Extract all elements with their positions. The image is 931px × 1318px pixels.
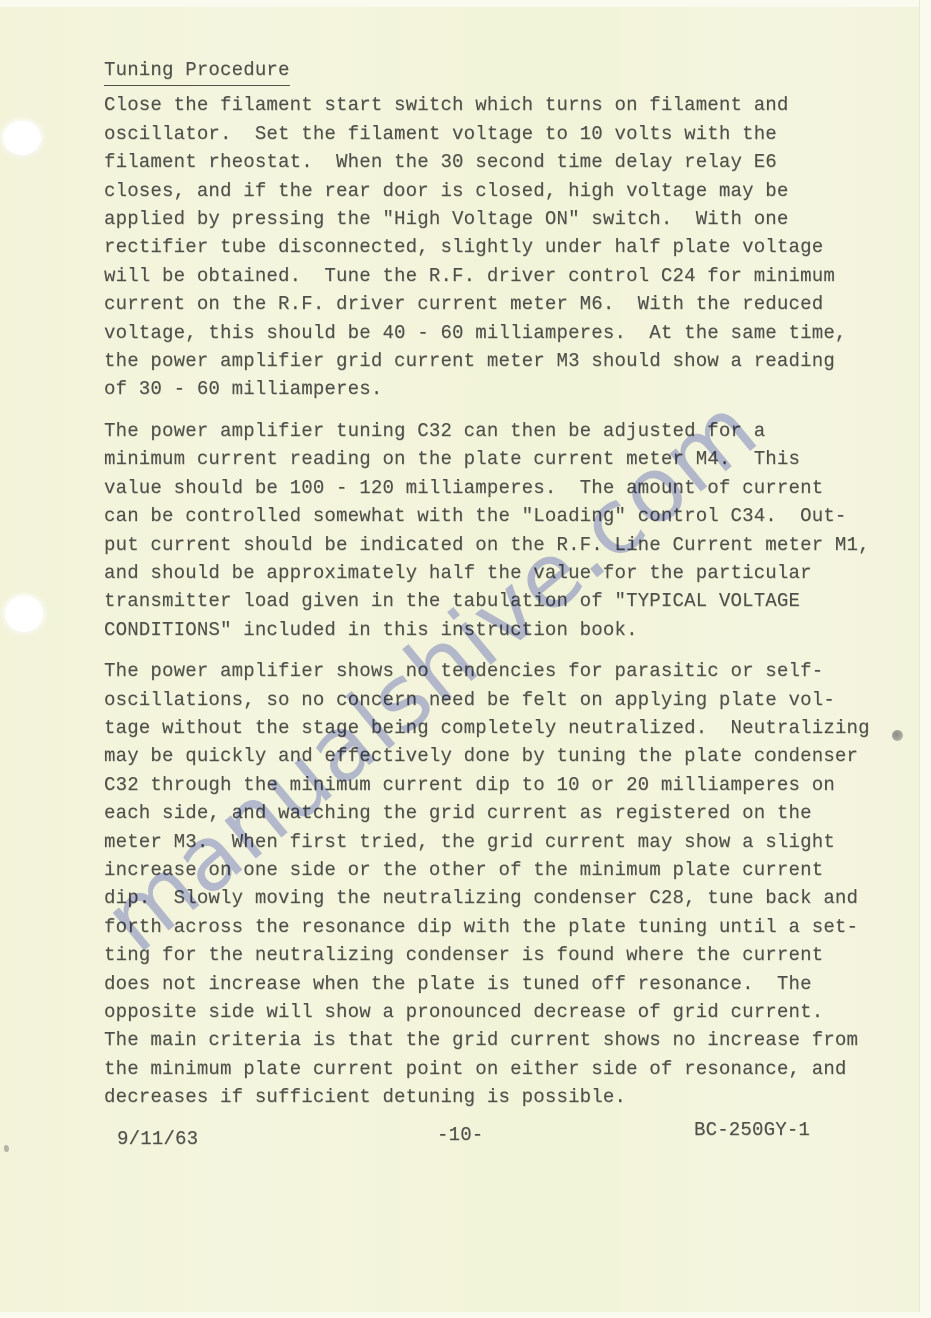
paragraph: The power amplifier shows no tendencies … bbox=[104, 657, 884, 1112]
footer-date: 9/11/63 bbox=[117, 1128, 198, 1150]
text-line: decreases if sufficient detuning is poss… bbox=[104, 1083, 884, 1111]
scan-edge-right bbox=[919, 0, 931, 1318]
text-line: may be quickly and effectively done by t… bbox=[104, 742, 884, 770]
text-line: forth across the resonance dip with the … bbox=[104, 913, 884, 941]
text-line: CONDITIONS" included in this instruction… bbox=[104, 616, 884, 644]
text-line: ting for the neutralizing condenser is f… bbox=[104, 941, 884, 969]
text-line: The main criteria is that the grid curre… bbox=[104, 1026, 884, 1054]
text-line: opposite side will show a pronounced dec… bbox=[104, 998, 884, 1026]
text-line: The power amplifier tuning C32 can then … bbox=[104, 417, 884, 445]
text-line: dip. Slowly moving the neutralizing cond… bbox=[104, 884, 884, 912]
text-line: the power amplifier grid current meter M… bbox=[104, 347, 884, 375]
text-line: each side, and watching the grid current… bbox=[104, 799, 884, 827]
text-line: C32 through the minimum current dip to 1… bbox=[104, 771, 884, 799]
text-line: put current should be indicated on the R… bbox=[104, 531, 884, 559]
text-line: value should be 100 - 120 milliamperes. … bbox=[104, 474, 884, 502]
text-line: will be obtained. Tune the R.F. driver c… bbox=[104, 262, 884, 290]
text-line: increase on one side or the other of the… bbox=[104, 856, 884, 884]
text-line: closes, and if the rear door is closed, … bbox=[104, 177, 884, 205]
punch-hole-top bbox=[3, 121, 41, 155]
text-line: minimum current reading on the plate cur… bbox=[104, 445, 884, 473]
text-line: meter M3. When first tried, the grid cur… bbox=[104, 828, 884, 856]
scan-edge-top bbox=[0, 0, 931, 7]
scan-edge-bottom bbox=[0, 1312, 931, 1318]
text-line: Close the filament start switch which tu… bbox=[104, 91, 884, 119]
text-line: The power amplifier shows no tendencies … bbox=[104, 657, 884, 685]
text-line: voltage, this should be 40 - 60 milliamp… bbox=[104, 319, 884, 347]
section-heading: Tuning Procedure bbox=[104, 56, 290, 86]
document-body: Tuning Procedure Close the filament star… bbox=[104, 56, 884, 1125]
punch-hole-middle bbox=[5, 596, 43, 632]
paragraph: The power amplifier tuning C32 can then … bbox=[104, 417, 884, 644]
text-line: rectifier tube disconnected, slightly un… bbox=[104, 233, 884, 261]
text-line: does not increase when the plate is tune… bbox=[104, 970, 884, 998]
text-line: tage without the stage being completely … bbox=[104, 714, 884, 742]
text-line: oscillations, so no concern need be felt… bbox=[104, 686, 884, 714]
text-line: and should be approximately half the val… bbox=[104, 559, 884, 587]
text-line: filament rheostat. When the 30 second ti… bbox=[104, 148, 884, 176]
text-line: applied by pressing the "High Voltage ON… bbox=[104, 205, 884, 233]
footer-page-number: -10- bbox=[437, 1124, 483, 1146]
text-line: the minimum plate current point on eithe… bbox=[104, 1055, 884, 1083]
text-line: can be controlled somewhat with the "Loa… bbox=[104, 502, 884, 530]
paragraph: Close the filament start switch which tu… bbox=[104, 91, 884, 403]
text-line: current on the R.F. driver current meter… bbox=[104, 290, 884, 318]
text-line: of 30 - 60 milliamperes. bbox=[104, 375, 884, 403]
ink-dot-artifact bbox=[892, 730, 903, 741]
body-text: Close the filament start switch which tu… bbox=[104, 91, 884, 1111]
edge-mark-artifact bbox=[4, 1145, 9, 1152]
footer-doc-code: BC-250GY-1 bbox=[694, 1119, 810, 1141]
scanned-document-page: Tuning Procedure Close the filament star… bbox=[0, 0, 931, 1318]
text-line: oscillator. Set the filament voltage to … bbox=[104, 120, 884, 148]
text-line: transmitter load given in the tabulation… bbox=[104, 587, 884, 615]
